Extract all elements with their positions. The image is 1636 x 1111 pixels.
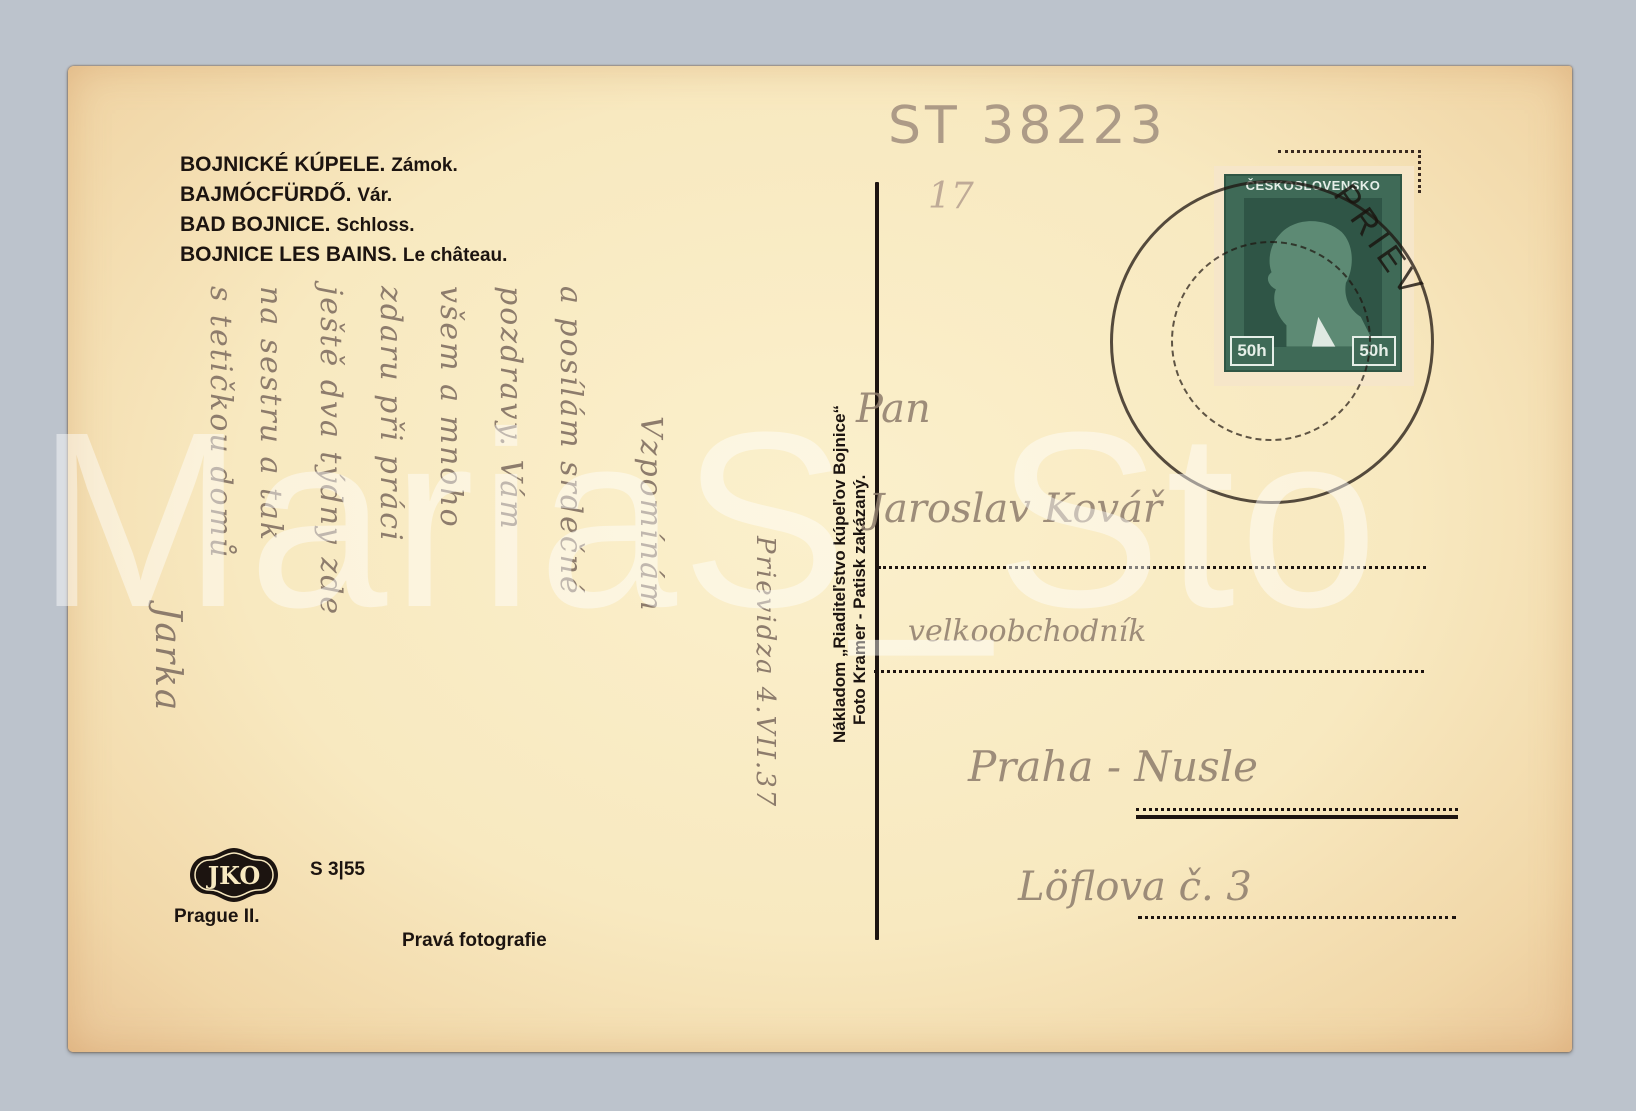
signature: Jarka <box>147 606 188 712</box>
pencil-number: 17 <box>928 176 974 217</box>
postcard: BOJNICKÉ KÚPELE. Zámok. BAJMÓCFÜRDŐ. Vár… <box>68 66 1572 1052</box>
date-line: Prievidza 4.VII.37 <box>750 536 780 808</box>
message-line-7: na sestru a tak <box>253 286 288 542</box>
jko-logo-icon: JKO <box>188 846 280 904</box>
message-line-6: ještě dva týdny zde <box>313 286 348 616</box>
series-number: S 3|55 <box>310 859 365 881</box>
address-line-2 <box>874 670 1424 673</box>
publisher-line-1: Nákladom „Riaditeľstvo kúpeľov Bojnice“ <box>830 405 850 743</box>
postmark-icon: PRIEV <box>1110 180 1434 504</box>
address-name: Jaroslav Kovář <box>868 486 1162 532</box>
address-line-1 <box>878 566 1426 569</box>
message-line-2: a posílám srdečné <box>553 286 588 596</box>
svg-text:JKO: JKO <box>206 861 260 890</box>
postcard-title-block: BOJNICKÉ KÚPELE. Zámok. BAJMÓCFÜRDŐ. Vár… <box>180 150 507 270</box>
real-photo-label: Pravá fotografie <box>402 930 547 952</box>
printer-city: Prague II. <box>174 906 260 928</box>
title-line-2: BAJMÓCFÜRDŐ. Vár. <box>180 180 507 210</box>
message-line-3: pozdravy. Vám <box>493 286 528 531</box>
message-line-4: všem a mnoho <box>433 286 468 529</box>
title-line-1: BOJNICKÉ KÚPELE. Zámok. <box>180 150 507 180</box>
address-occupation: velkoobchodník <box>908 614 1146 649</box>
publisher-line-2: Foto Kramer - Patisk zakázaný. <box>850 405 870 743</box>
message-line-8: s tetičkou domů <box>203 286 238 559</box>
title-line-4: BOJNICE LES BAINS. Le château. <box>180 240 507 270</box>
title-line-3: BAD BOJNICE. Schloss. <box>180 210 507 240</box>
message-line-1: Vzpomínám <box>633 416 668 612</box>
inventory-code: ST 38223 <box>888 96 1167 156</box>
address-city: Praha - Nusle <box>968 742 1258 791</box>
address-street: Löflova č. 3 <box>1018 864 1252 910</box>
address-line-4 <box>1138 916 1456 919</box>
address-line-3 <box>1136 808 1458 819</box>
center-divider <box>875 182 879 940</box>
message-line-5: zdaru při práci <box>373 286 408 543</box>
address-salutation: Pan <box>856 386 931 432</box>
